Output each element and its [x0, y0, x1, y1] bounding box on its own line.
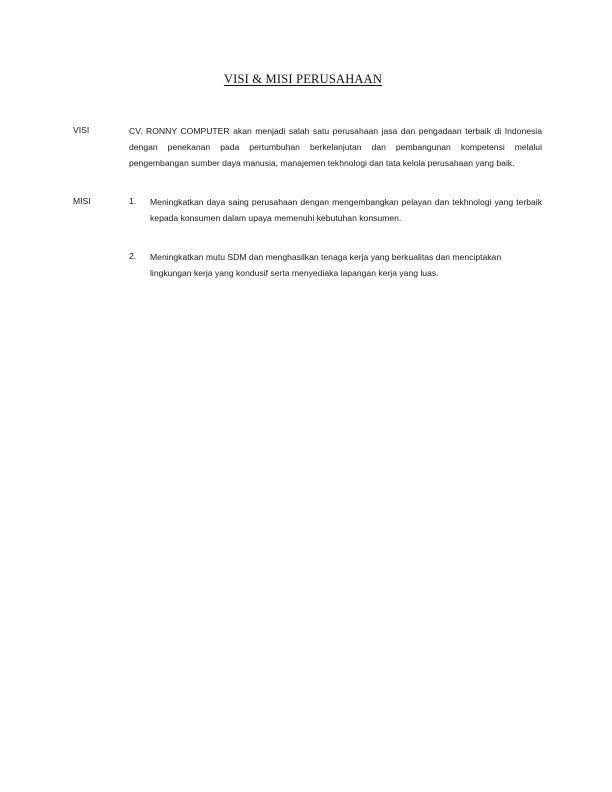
- visi-label: VISI: [73, 125, 89, 135]
- misi-item-1-number: 1.: [129, 196, 136, 206]
- misi-label: MISI: [73, 196, 91, 206]
- page-title: VISI & MISI PERUSAHAAN: [0, 72, 606, 87]
- visi-paragraph: CV. RONNY COMPUTER akan menjadi salah sa…: [129, 123, 542, 171]
- document-page: VISI & MISI PERUSAHAAN VISI CV. RONNY CO…: [0, 0, 612, 792]
- misi-item-1-text: Meningkatkan daya saing perusahaan denga…: [150, 194, 542, 226]
- misi-item-2-text: Meningkatkan mutu SDM dan menghasilkan t…: [150, 249, 542, 281]
- misi-item-2-number: 2.: [129, 251, 136, 261]
